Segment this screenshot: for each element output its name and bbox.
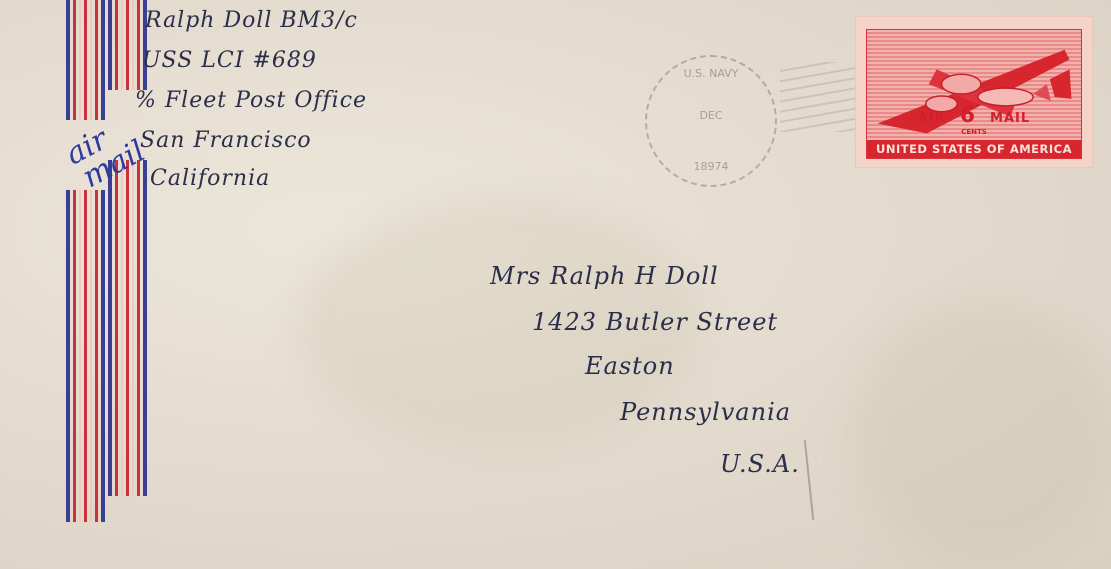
recipient-address-line: U.S.A. [720, 450, 800, 478]
return-address-line: % Fleet Post Office [135, 88, 367, 113]
stamp-value: AIR6MAIL [867, 103, 1081, 128]
postmark: U.S. NAVY DEC 18974 [645, 55, 777, 187]
stamp-air-text: AIR [918, 111, 946, 126]
stamp-country-banner: UNITED STATES OF AMERICA [867, 140, 1081, 158]
stamp-mail-text: MAIL [990, 111, 1030, 126]
return-address-line: Ralph Doll BM3/c [145, 8, 358, 33]
cancellation-lines [780, 62, 860, 132]
paper-crease [804, 440, 814, 520]
postmark-top-text: U.S. NAVY [647, 67, 775, 80]
stamp-cents-text: CENTS [867, 128, 1081, 136]
postage-stamp: AIR6MAIL CENTS UNITED STATES OF AMERICA [856, 17, 1092, 167]
recipient-address-line: 1423 Butler Street [532, 308, 778, 336]
postmark-date-text: DEC [647, 109, 775, 122]
recipient-address-line: Mrs Ralph H Doll [490, 262, 719, 290]
return-address-line: California [150, 166, 270, 191]
airplane-icon [867, 30, 1081, 158]
return-address-line: USS LCI #689 [142, 48, 317, 73]
airmail-envelope: air mail Ralph Doll BM3/c USS LCI #689 %… [0, 0, 1111, 569]
recipient-address-line: Pennsylvania [620, 398, 791, 426]
recipient-address-line: Easton [585, 352, 675, 380]
postmark-bottom-text: 18974 [647, 160, 775, 173]
stamp-denomination: 6 [960, 103, 976, 128]
airmail-stripes-upper-left [66, 0, 105, 120]
return-address-line: San Francisco [140, 128, 312, 153]
stamp-design: AIR6MAIL CENTS UNITED STATES OF AMERICA [866, 29, 1082, 159]
airmail-stripes-lower-left [66, 190, 105, 522]
airmail-stripes-lower-right [108, 160, 147, 496]
paper-stain [850, 300, 1110, 560]
airmail-stripes-upper-right [108, 0, 147, 90]
